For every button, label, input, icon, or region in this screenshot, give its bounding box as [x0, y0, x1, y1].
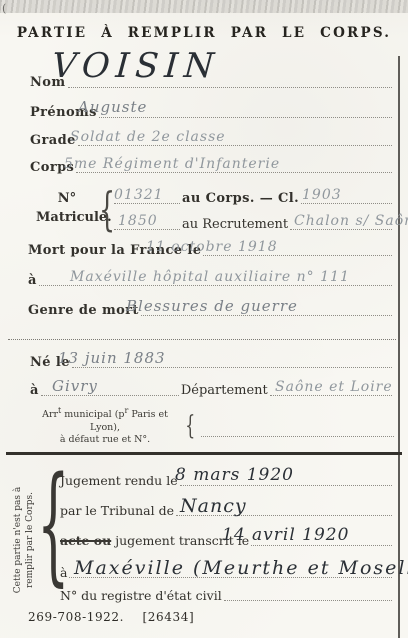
transcrit-handwritten-value: 14 avril 1920: [222, 525, 349, 545]
scan-artifact-top: [0, 0, 408, 13]
field-transcrit: acte ou jugement transcrit le 14 avril 1…: [60, 528, 394, 548]
dotted-line: [68, 87, 392, 88]
arrondissement-label-line1: Arrt municipal (pr Paris et Lyon),: [30, 406, 180, 434]
dotted-line: [301, 203, 392, 204]
field-mort-le: Mort pour la France le 11 octobre 1918: [28, 240, 394, 258]
dotted-line: [76, 172, 392, 173]
corps-handwritten-value: 5me Régiment d'Infanterie: [64, 156, 280, 172]
dotted-line: [251, 545, 392, 546]
dotted-line: [114, 203, 180, 204]
jugement-rendu-handwritten-value: 8 mars 1920: [175, 465, 294, 485]
matricule-corps-row: au Corps. — Cl. 01321 1903: [112, 188, 394, 206]
tribunal-handwritten-value: Nancy: [180, 495, 247, 517]
field-ne-a-departement: à Département Givry Saône et Loire: [30, 380, 394, 398]
tribunal-label: par le Tribunal de: [60, 503, 174, 518]
nom-handwritten-value: VOISIN: [51, 46, 222, 86]
mort-a-handwritten-value: Maxéville hôpital auxiliaire n° 111: [70, 269, 350, 285]
section-divider-dotted: [8, 339, 396, 340]
field-ne-le: Né le 13 juin 1883: [30, 352, 394, 370]
matricule-recrutement-place: Chalon s/ Saône: [294, 213, 408, 229]
arrondissement-brace: {: [185, 413, 195, 439]
mort-a-label: à: [28, 273, 37, 288]
field-genre-mort: Genre de mort Blessures de guerre: [28, 300, 394, 318]
print-code: 269-708-1922.: [28, 610, 124, 624]
ne-le-handwritten-value: 13 juin 1883: [58, 349, 166, 367]
field-corps: Corps 5me Régiment d'Infanterie: [30, 157, 394, 175]
field-prenoms: Prénoms Auguste: [30, 102, 394, 120]
field-jugement-rendu: Jugement rendu le 8 mars 1920: [60, 468, 394, 488]
departement-label: Département: [181, 383, 268, 398]
dotted-line: [270, 395, 392, 396]
dotted-line: [114, 229, 180, 230]
matricule-corps-number: 01321: [114, 187, 164, 203]
ne-a-handwritten-value: Givry: [52, 377, 98, 395]
matricule-classe: 1903: [302, 187, 342, 203]
matricule-label-line2: Matricule.: [36, 209, 98, 228]
field-mort-a: à Maxéville hôpital auxiliaire n° 111: [28, 270, 394, 288]
departement-handwritten-value: Saône et Loire: [275, 379, 393, 395]
print-reference-code: 269-708-1922. [26434]: [28, 610, 208, 624]
genre-mort-handwritten-value: Blessures de guerre: [126, 297, 298, 315]
matricule-recrutement-number: 1850: [118, 213, 158, 229]
dotted-line: [72, 367, 392, 368]
matricule-label: N° Matricule.: [36, 190, 98, 228]
transcrit-struck-label: acte ou: [60, 533, 111, 548]
dotted-line: [290, 229, 392, 230]
genre-mort-label: Genre de mort: [28, 303, 139, 318]
dotted-line: [99, 117, 392, 118]
field-registre: N° du registre d'état civil: [60, 587, 394, 603]
dotted-line: [78, 145, 392, 146]
grade-handwritten-value: Soldat de 2e classe: [70, 129, 226, 145]
dotted-line: [41, 395, 179, 396]
arrondissement-label-line2: à défaut rue et N°.: [30, 434, 180, 446]
field-arrondissement: Arrt municipal (pr Paris et Lyon), à déf…: [30, 406, 394, 446]
scan-artifact-corner: (: [2, 2, 6, 15]
jugement-rendu-label: Jugement rendu le: [60, 473, 178, 488]
field-grade: Grade Soldat de 2e classe: [30, 130, 394, 148]
death-record-card: ( PARTIE À REMPLIR PAR LE CORPS. Nom VOI…: [0, 0, 408, 638]
prenoms-handwritten-value: Auguste: [78, 98, 147, 116]
dotted-line: [180, 485, 392, 486]
print-bracket-code: [26434]: [143, 610, 195, 624]
dotted-line: [39, 285, 392, 286]
form-title: PARTIE À REMPLIR PAR LE CORPS.: [0, 25, 408, 41]
dotted-line: [224, 600, 392, 601]
grade-label: Grade: [30, 133, 76, 148]
dotted-line: [201, 436, 394, 437]
field-lieu-transcription: à Maxéville (Meurthe et Moselle): [60, 558, 394, 580]
field-tribunal: par le Tribunal de Nancy: [60, 498, 394, 518]
matricule-label-line1: N°: [36, 190, 98, 209]
ne-a-label: à: [30, 383, 39, 398]
au-corps-label: au Corps. — Cl.: [182, 191, 299, 206]
scan-artifact-right-edge: [398, 56, 400, 638]
dotted-line: [203, 255, 392, 256]
mort-le-handwritten-value: 11 octobre 1918: [146, 239, 278, 255]
lieu-handwritten-value: Maxéville (Meurthe et Moselle): [74, 557, 408, 579]
lieu-label: à: [60, 565, 67, 580]
au-recrutement-label: au Recrutement: [182, 217, 288, 232]
dotted-line: [141, 315, 392, 316]
registre-label: N° du registre d'état civil: [60, 588, 222, 603]
sidebar-note: Cette partie n'est pas à remplir par le …: [12, 478, 36, 602]
arrondissement-label: Arrt municipal (pr Paris et Lyon), à déf…: [30, 406, 180, 446]
matricule-recrutement-row: au Recrutement 1850 Chalon s/ Saône: [112, 214, 394, 232]
